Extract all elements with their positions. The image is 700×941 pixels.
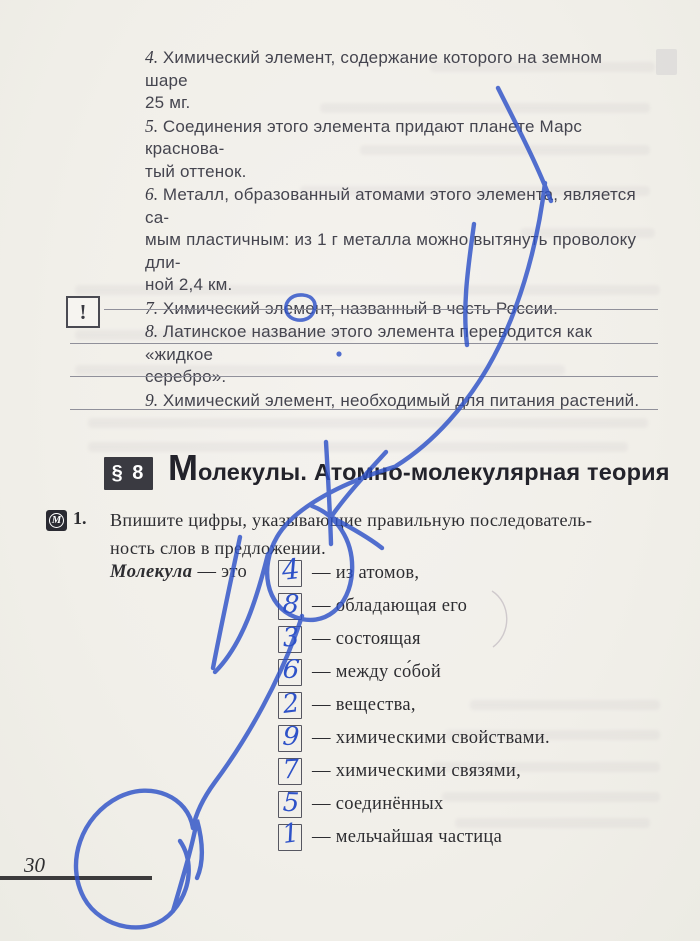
question-text: Химический элемент, содержание которого … bbox=[145, 48, 602, 112]
answer-box[interactable]: 4 bbox=[278, 560, 302, 587]
handwritten-digit: 9 bbox=[279, 721, 303, 752]
question-text: Химический элемент, необходимый для пита… bbox=[163, 391, 639, 410]
attention-icon: ! bbox=[66, 296, 100, 328]
question-list: 4. Химический элемент, содержание которо… bbox=[145, 46, 642, 412]
answer-row: 3 — состоящая bbox=[278, 626, 421, 659]
answer-box[interactable]: 6 bbox=[278, 659, 302, 686]
section-title-rest: олекулы. Атомно-молекулярная теория bbox=[198, 457, 670, 487]
answer-line[interactable] bbox=[70, 376, 658, 377]
answer-word: — состоящая bbox=[312, 626, 421, 653]
answer-row: 4 — из атомов, bbox=[278, 560, 419, 593]
answer-box[interactable]: 7 bbox=[278, 758, 302, 785]
answer-row: 7 — химическими связями, bbox=[278, 758, 521, 791]
answer-word: — из атомов, bbox=[312, 560, 419, 587]
answer-box[interactable]: 8 bbox=[278, 593, 302, 620]
question-text: Химический элемент, названный в честь Ро… bbox=[163, 299, 558, 318]
answer-row: 8 — обладающая его bbox=[278, 593, 467, 626]
handwritten-digit: 1 bbox=[278, 818, 304, 851]
sentence-lead-word: Молекула bbox=[110, 562, 193, 582]
section-title-initial: М bbox=[168, 450, 198, 486]
handwritten-digit: 4 bbox=[278, 554, 303, 586]
question-number: 6. bbox=[145, 184, 158, 204]
question-text: Металл, образованный атомами этого элеме… bbox=[145, 185, 636, 294]
answer-word: — мельчайшая частица bbox=[312, 824, 502, 851]
question-number: 4. bbox=[145, 47, 158, 67]
task-instruction: Впишите цифры, указывающие правильную по… bbox=[110, 507, 655, 562]
handwritten-digit: 8 bbox=[279, 589, 303, 620]
answer-word: — обладающая его bbox=[312, 593, 467, 620]
task-number: 1. bbox=[73, 508, 87, 529]
handwritten-digit: 5 bbox=[279, 788, 302, 819]
answer-box[interactable]: 5 bbox=[278, 791, 302, 818]
answer-word: — соединённых bbox=[312, 791, 444, 818]
answer-line[interactable] bbox=[70, 343, 658, 344]
bleedthrough-smudge bbox=[88, 418, 648, 428]
answer-box[interactable]: 1 bbox=[278, 824, 302, 851]
sentence-lead: Молекула — это bbox=[110, 562, 247, 583]
answer-box[interactable]: 2 bbox=[278, 692, 302, 719]
bleedthrough-smudge bbox=[470, 700, 660, 710]
answer-line[interactable] bbox=[70, 409, 658, 410]
handwritten-digit: 2 bbox=[278, 688, 303, 720]
answer-row: 5 — соединённых bbox=[278, 791, 444, 824]
page-number: 30 bbox=[24, 853, 45, 878]
question-item: 5. Соединения этого элемента придают пла… bbox=[145, 115, 642, 184]
bleedthrough-bracket bbox=[492, 591, 507, 647]
answer-row: 1 — мельчайшая частица bbox=[278, 824, 502, 857]
footer-rule bbox=[0, 876, 152, 880]
answer-word: — вещества, bbox=[312, 692, 416, 719]
exclamation-icon: ! bbox=[80, 300, 87, 325]
handwritten-digit: 6 bbox=[279, 654, 304, 686]
question-item: 4. Химический элемент, содержание которо… bbox=[145, 46, 642, 115]
answer-line[interactable] bbox=[104, 309, 658, 310]
handwritten-digit: 7 bbox=[279, 754, 303, 785]
section-title: Молекулы. Атомно-молекулярная теория bbox=[168, 450, 678, 487]
question-item: 8. Латинское название этого элемента пер… bbox=[145, 320, 642, 389]
sentence-lead-rest: — это bbox=[193, 562, 248, 582]
marker-letter-icon: М bbox=[49, 513, 64, 528]
bleedthrough-smudge bbox=[442, 792, 660, 802]
question-number: 9. bbox=[145, 390, 158, 410]
workbook-page: 4. Химический элемент, содержание которо… bbox=[0, 0, 700, 941]
answer-box[interactable]: 9 bbox=[278, 725, 302, 752]
section-badge: § 8 bbox=[104, 457, 153, 490]
handwritten-digit: 3 bbox=[279, 622, 303, 653]
answer-word: — химическими свойствами. bbox=[312, 725, 550, 752]
question-text: Соединения этого элемента придают планет… bbox=[145, 117, 582, 181]
question-number: 7. bbox=[145, 298, 158, 318]
answer-row: 9 — химическими свойствами. bbox=[278, 725, 550, 758]
task-type-marker: М bbox=[46, 510, 67, 531]
page-edge-ghost-marker bbox=[656, 49, 677, 75]
answer-row: 2 — вещества, bbox=[278, 692, 416, 725]
answer-box[interactable]: 3 bbox=[278, 626, 302, 653]
answer-word: — между со́бой bbox=[312, 659, 441, 686]
answer-word: — химическими связями, bbox=[312, 758, 521, 785]
question-item: 6. Металл, образованный атомами этого эл… bbox=[145, 183, 642, 297]
question-number: 8. bbox=[145, 321, 158, 341]
question-number: 5. bbox=[145, 116, 158, 136]
answer-row: 6 — между со́бой bbox=[278, 659, 441, 692]
